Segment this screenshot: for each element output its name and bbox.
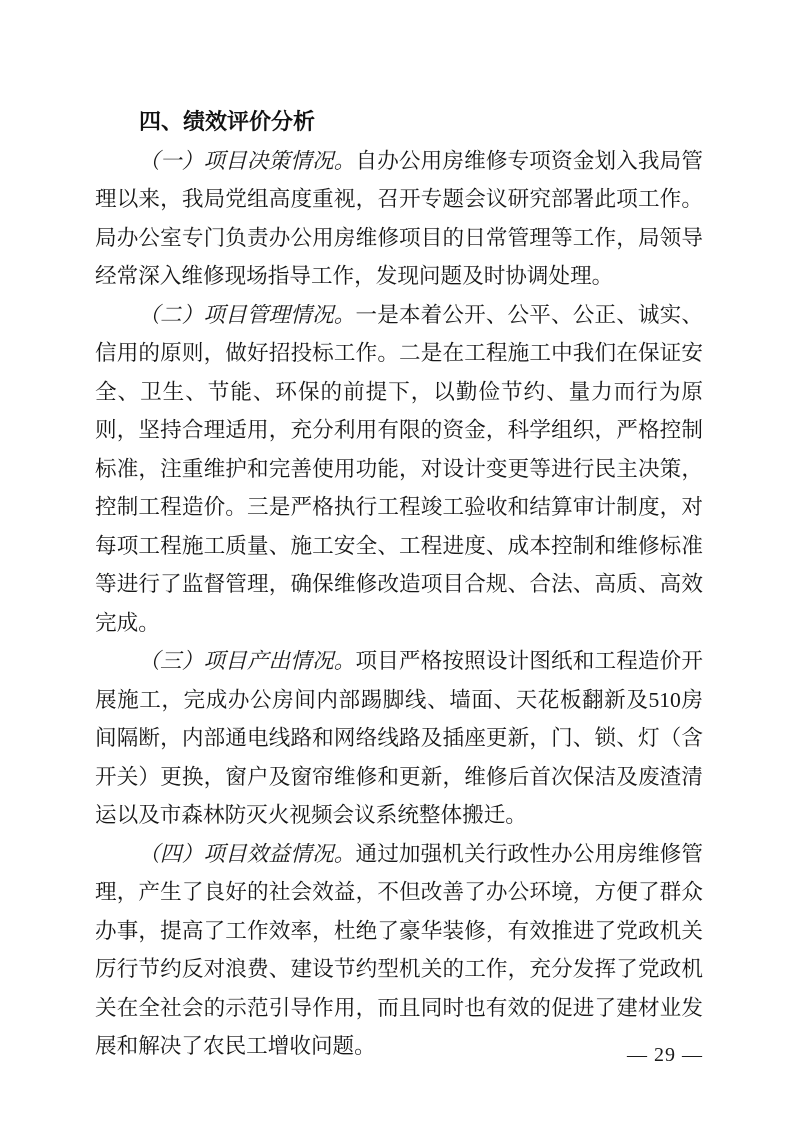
section-heading: 四、绩效评价分析 <box>95 103 703 142</box>
paragraph-text: 项目严格按照设计图纸和工程造价开展施工，完成办公房间内部踢脚线、墙面、天花板翻新… <box>95 649 703 827</box>
paragraph-lead: （一）项目决策情况。 <box>138 149 355 173</box>
document-page: 四、绩效评价分析 （一）项目决策情况。自办公用房维修专项资金划入我局管理以来，我… <box>0 0 793 1122</box>
paragraph-management: （二）项目管理情况。一是本着公开、公平、公正、诚实、信用的原则，做好招投标工作。… <box>95 296 703 643</box>
paragraph-lead: （二）项目管理情况。 <box>138 303 355 327</box>
paragraph-decision: （一）项目决策情况。自办公用房维修专项资金划入我局管理以来，我局党组高度重视，召… <box>95 142 703 296</box>
paragraph-lead: （四）项目效益情况。 <box>138 842 355 866</box>
paragraph-text: 通过加强机关行政性办公用房维修管理，产生了良好的社会效益，不但改善了办公环境，方… <box>95 842 703 1059</box>
paragraph-lead: （三）项目产出情况。 <box>138 649 355 673</box>
page-number: — 29 — <box>95 1040 703 1070</box>
document-body: 四、绩效评价分析 （一）项目决策情况。自办公用房维修专项资金划入我局管理以来，我… <box>95 103 703 1066</box>
paragraph-output: （三）项目产出情况。项目严格按照设计图纸和工程造价开展施工，完成办公房间内部踢脚… <box>95 642 703 835</box>
paragraph-benefit: （四）项目效益情况。通过加强机关行政性办公用房维修管理，产生了良好的社会效益，不… <box>95 835 703 1066</box>
paragraph-text: 一是本着公开、公平、公正、诚实、信用的原则，做好招投标工作。二是在工程施工中我们… <box>95 303 703 635</box>
